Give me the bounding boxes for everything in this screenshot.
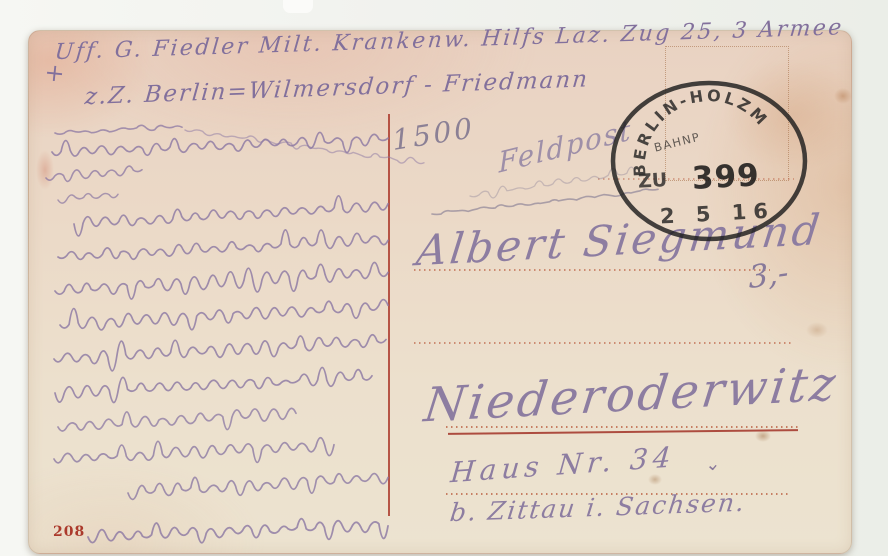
stain-spot [755,430,771,442]
postmark-zug-label: ZU [638,169,668,192]
cross-mark: + [43,58,66,88]
stain-spot [806,322,828,338]
postmark-bahnpost: BAHNP [653,130,702,155]
divider-line [388,114,390,516]
stain-spot [834,88,852,104]
postmark-stamp: BERLIN-HOLZM BAHNP ZU 399 2 5 16 [608,78,813,246]
stain-spot [36,150,54,190]
address-line-2-dotted [414,342,792,344]
postmark-date: 2 5 16 [659,199,775,229]
scan-background: Uff. G. Fiedler Milt. Krankenw. Hilfs La… [0,0,888,556]
stain-spot [648,474,662,485]
scan-notch [283,0,313,13]
postmark-train-number: 399 [691,157,761,196]
card-serial-number: 208 [53,524,85,540]
price-note: 3,- [748,254,789,296]
